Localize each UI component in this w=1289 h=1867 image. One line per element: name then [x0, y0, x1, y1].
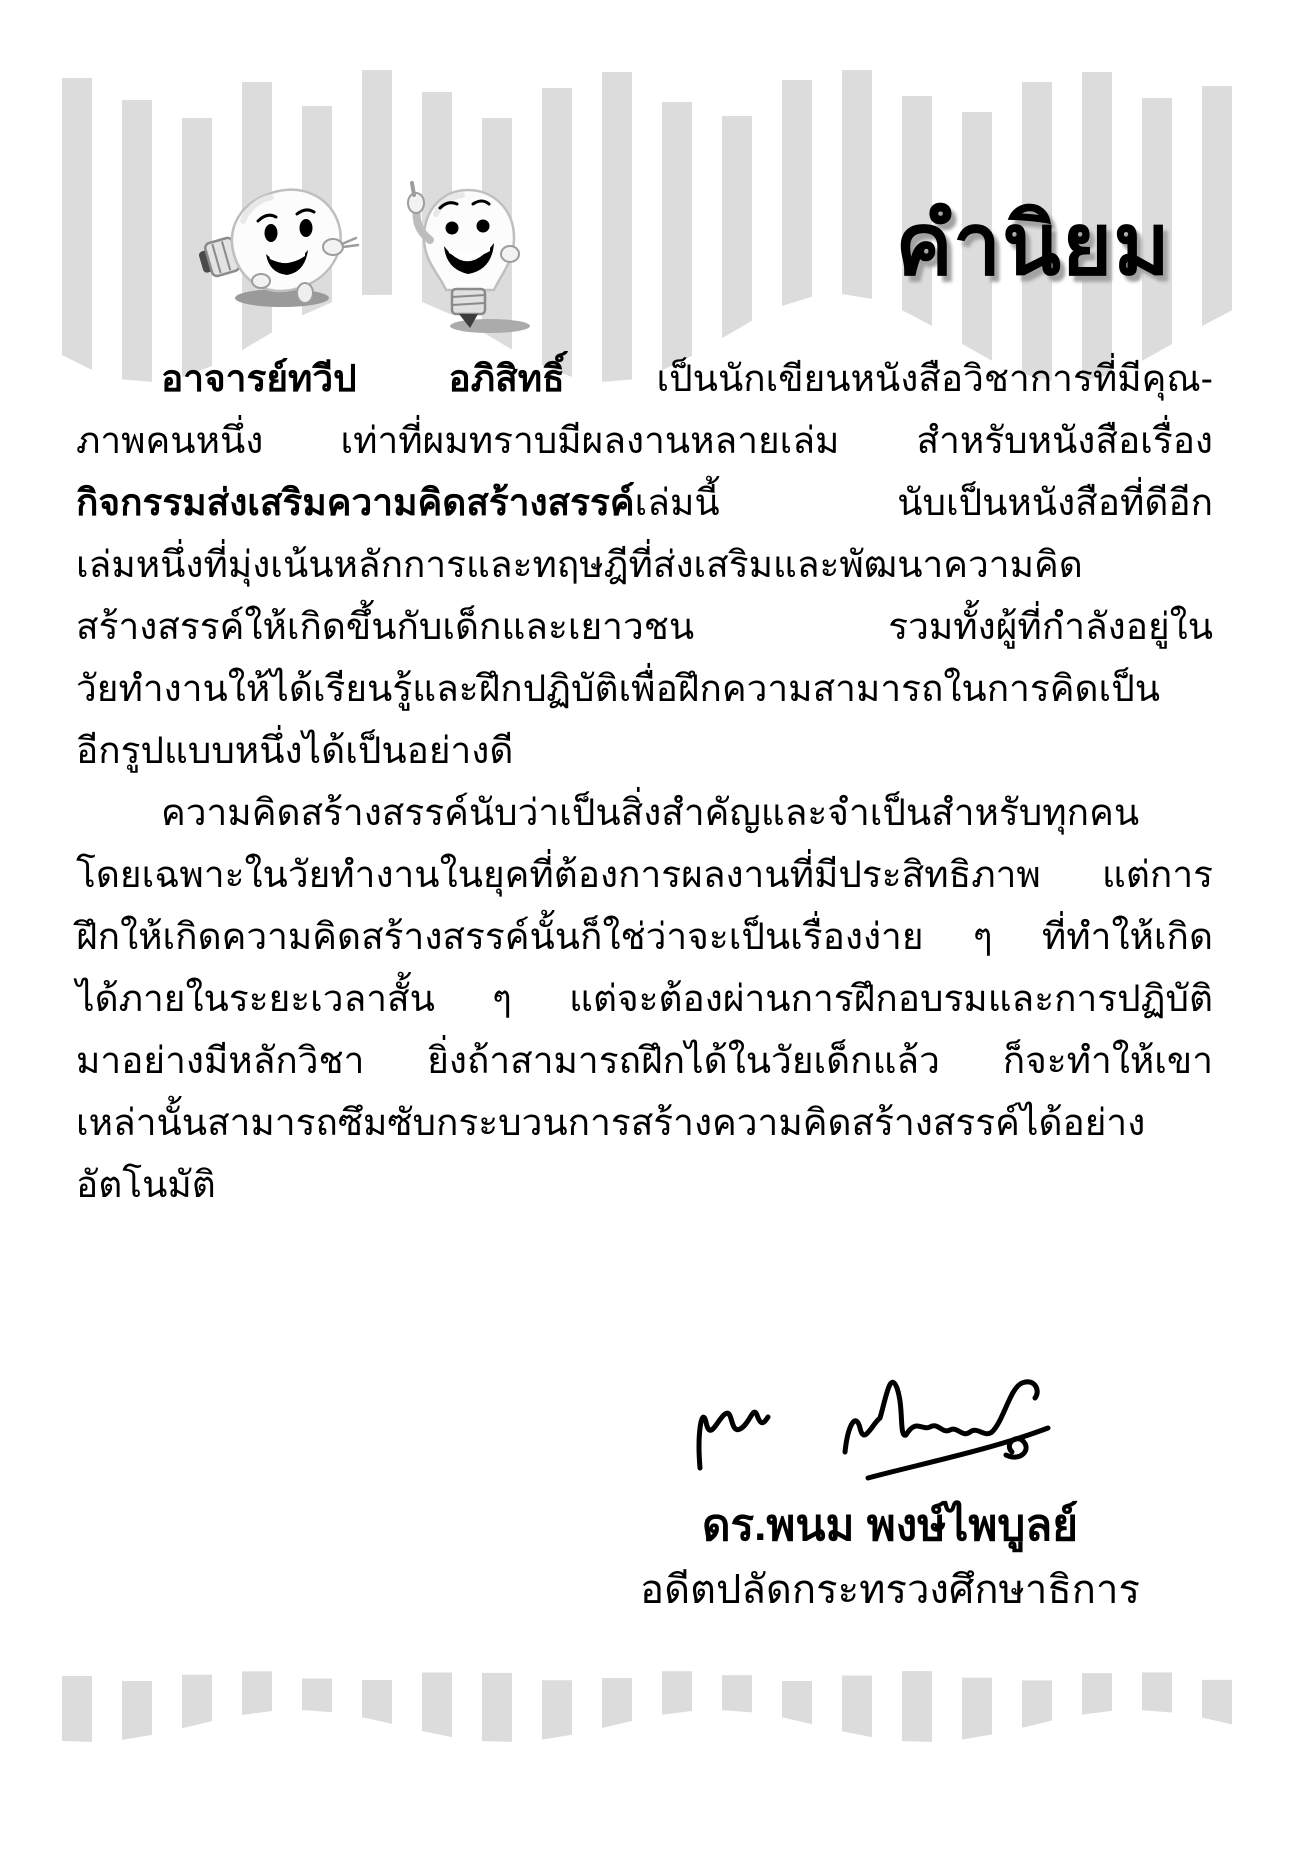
- paragraph-line: ภาพคนหนึ่ง เท่าที่ผมทราบมีผลงานหลายเล่ม …: [76, 410, 1213, 472]
- body-phrase: เหล่านั้นสามารถซึมซับกระบวนการสร้างความค…: [76, 1102, 1145, 1143]
- document-page: คำนิยม อาจารย์ทวีป อภิสิทธิ์ เป็นนักเขีย…: [0, 0, 1289, 1867]
- paragraph-line: อาจารย์ทวีป อภิสิทธิ์ เป็นนักเขียนหนังสื…: [76, 348, 1213, 410]
- paragraph-line: เหล่านั้นสามารถซึมซับกระบวนการสร้างความค…: [76, 1092, 1213, 1154]
- body-phrase: ความคิดสร้างสรรค์นับว่าเป็นสิ่งสำคัญและจ…: [161, 792, 1139, 833]
- page-title: คำนิยม: [895, 196, 1171, 295]
- body-phrase: ได้ภายในระยะเวลาสั้น ๆ แต่จะต้องผ่านการฝ…: [76, 978, 1213, 1019]
- body-phrase: สร้างสรรค์ให้เกิดขึ้นกับเด็กและเยาวชน รว…: [76, 606, 1213, 647]
- body-phrase: ฝึกให้เกิดความคิดสร้างสรรค์นั้นก็ใช่ว่าจ…: [76, 916, 1213, 957]
- stripe-decoration-bottom: [62, 1671, 1232, 1742]
- paragraph-line: เล่มหนึ่งที่มุ่งเน้นหลักการและทฤษฎีที่ส่…: [76, 534, 1213, 596]
- lightbulb-mascot-pointing-icon: [408, 183, 530, 333]
- paragraph-line: วัยทำงานให้ได้เรียนรู้และฝึกปฏิบัติเพื่อ…: [76, 658, 1213, 720]
- paragraph-line: กิจกรรมส่งเสริมความคิดสร้างสรรค์เล่มนี้ …: [76, 472, 1213, 534]
- paragraph-line: ฝึกให้เกิดความคิดสร้างสรรค์นั้นก็ใช่ว่าจ…: [76, 906, 1213, 968]
- paragraph-line: อีกรูปแบบหนึ่งได้เป็นอย่างดี: [76, 720, 1213, 782]
- body-phrase: วัยทำงานให้ได้เรียนรู้และฝึกปฏิบัติเพื่อ…: [76, 668, 1160, 709]
- paragraph-line: มาอย่างมีหลักวิชา ยิ่งถ้าสามารถฝึกได้ในว…: [76, 1030, 1213, 1092]
- preface-body: อาจารย์ทวีป อภิสิทธิ์ เป็นนักเขียนหนังสื…: [76, 348, 1213, 1216]
- body-phrase: อัตโนมัติ: [76, 1164, 216, 1205]
- body-phrase: โดยเฉพาะในวัยทำงานในยุคที่ต้องการผลงานที…: [76, 854, 1213, 895]
- paragraph-line: โดยเฉพาะในวัยทำงานในยุคที่ต้องการผลงานที…: [76, 844, 1213, 906]
- paragraph-line: ได้ภายในระยะเวลาสั้น ๆ แต่จะต้องผ่านการฝ…: [76, 968, 1213, 1030]
- bold-phrase: อาจารย์ทวีป อภิสิทธิ์: [161, 358, 565, 399]
- bold-phrase: กิจกรรมส่งเสริมความคิดสร้างสรรค์: [76, 482, 635, 523]
- body-phrase: อีกรูปแบบหนึ่งได้เป็นอย่างดี: [76, 730, 513, 771]
- body-phrase: เป็นนักเขียนหนังสือวิชาการที่มีคุณ-: [565, 358, 1213, 399]
- signature-block: ดร.พนม พงษ์ไพบูลย์ อดีตปลัดกระทรวงศึกษาธ…: [600, 1495, 1180, 1619]
- paragraph-line: ความคิดสร้างสรรค์นับว่าเป็นสิ่งสำคัญและจ…: [76, 782, 1213, 844]
- body-phrase: เล่มหนึ่งที่มุ่งเน้นหลักการและทฤษฎีที่ส่…: [76, 544, 1083, 585]
- paragraph-line: สร้างสรรค์ให้เกิดขึ้นกับเด็กและเยาวชน รว…: [76, 596, 1213, 658]
- handwritten-signature: [699, 1382, 1048, 1478]
- body-phrase: ภาพคนหนึ่ง เท่าที่ผมทราบมีผลงานหลายเล่ม …: [76, 420, 1213, 461]
- signatory-name: ดร.พนม พงษ์ไพบูลย์: [600, 1495, 1180, 1557]
- body-phrase: มาอย่างมีหลักวิชา ยิ่งถ้าสามารถฝึกได้ในว…: [76, 1040, 1213, 1081]
- body-phrase: เล่มนี้ นับเป็นหนังสือที่ดีอีก: [635, 482, 1213, 523]
- lightbulb-mascot-flying-icon: [188, 177, 358, 312]
- paragraph-line: อัตโนมัติ: [76, 1154, 1213, 1216]
- signatory-title: อดีตปลัดกระทรวงศึกษาธิการ: [600, 1561, 1180, 1619]
